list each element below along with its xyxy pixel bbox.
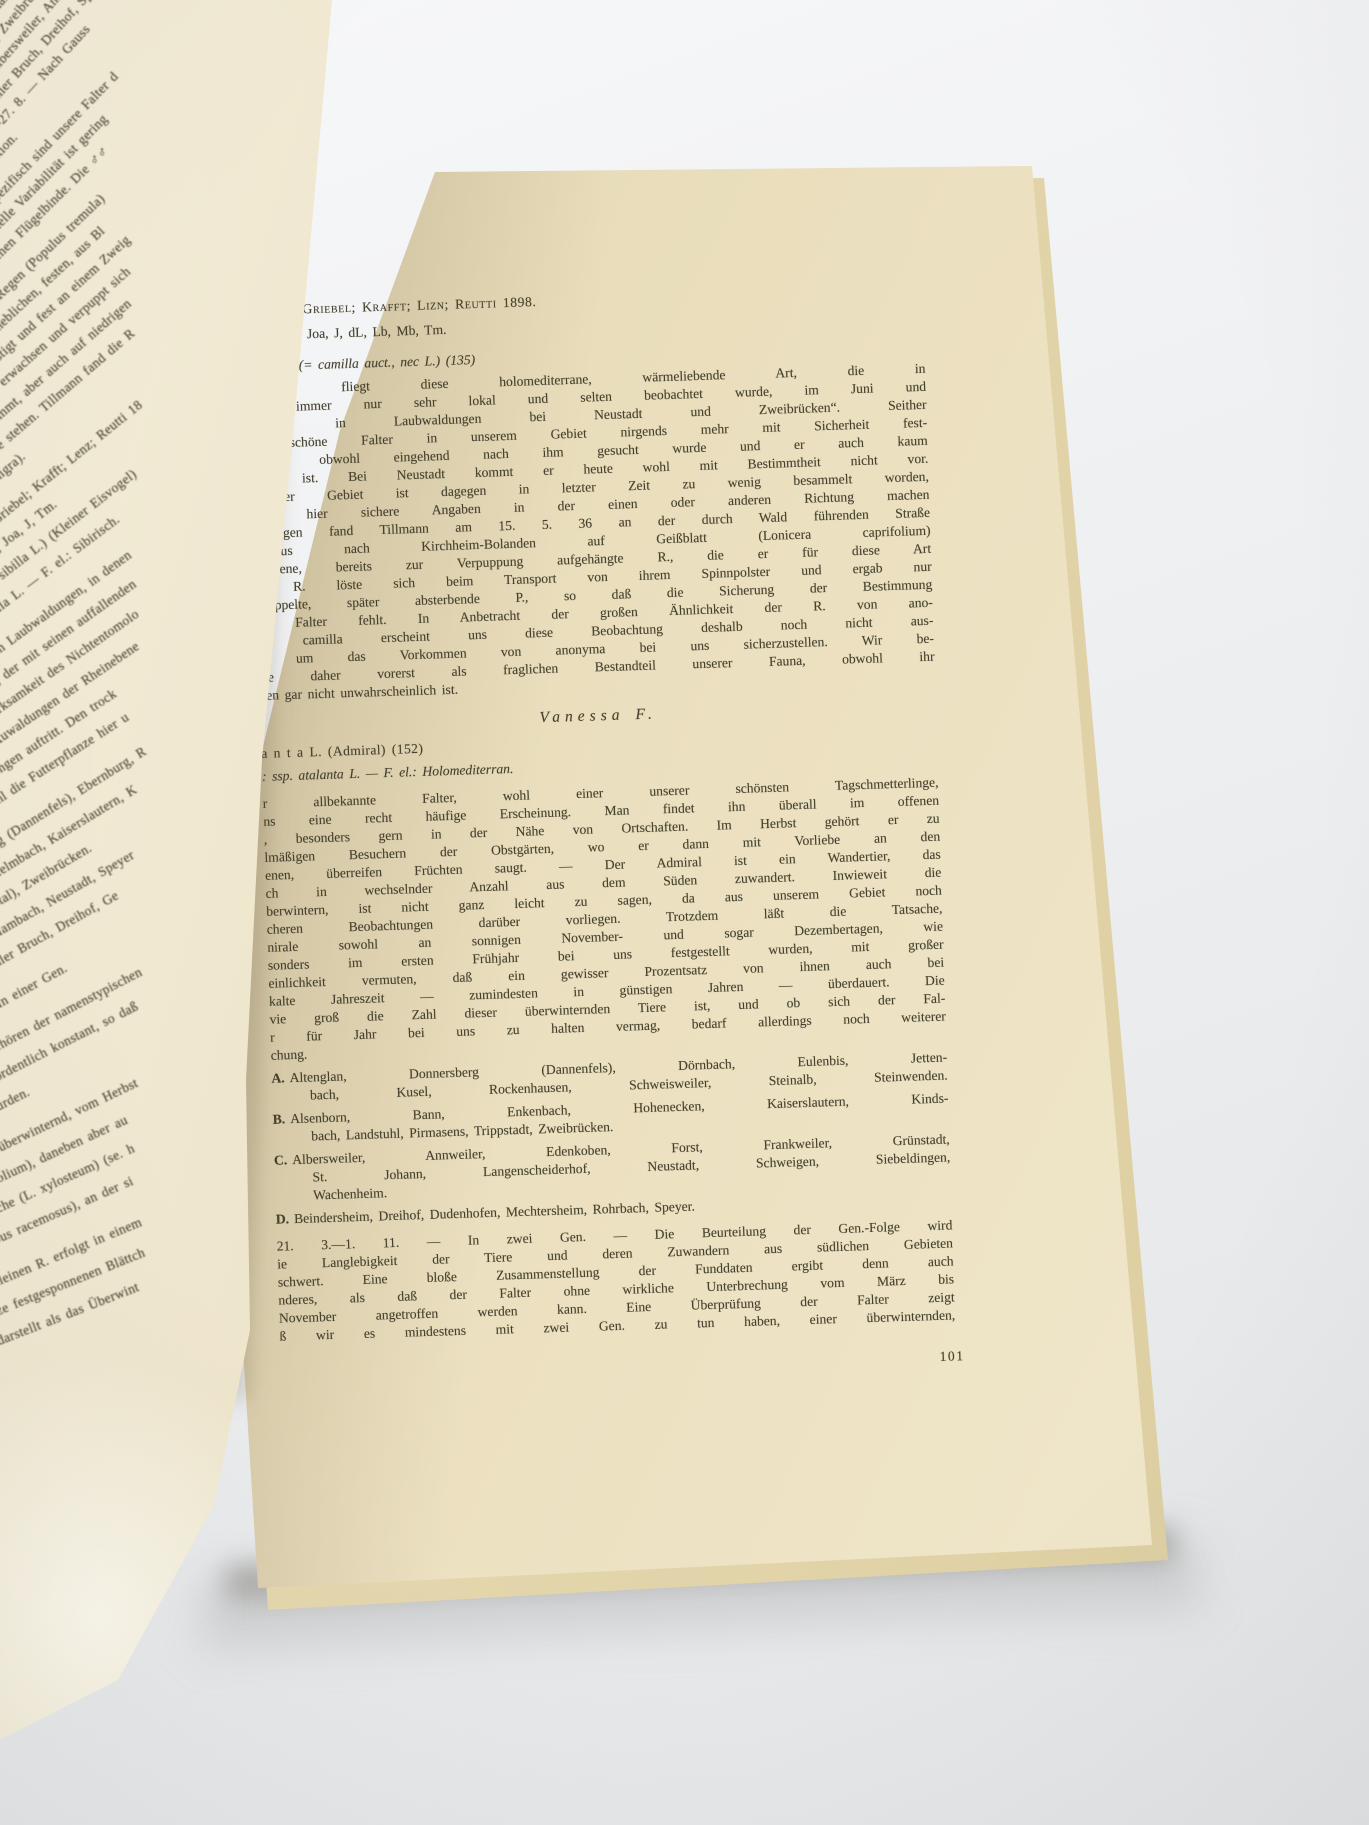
paragraph-generations: 21. 3.—1. 11. — In zwei Gen. — Die Beurt… (276, 1216, 955, 1345)
paragraph-admiral: r allbekannte Falter, wohl einer unserer… (263, 774, 947, 1065)
list-label: D. (276, 1211, 295, 1227)
list-label: B. (272, 1111, 290, 1127)
list-label: C. (274, 1152, 293, 1168)
book-photo: ertram; Griebel; Krafft; Lizn; Reutti 18… (0, 0, 1369, 1825)
right-page-text-column: ertram; Griebel; Krafft; Lizn; Reutti 18… (247, 281, 957, 1387)
left-page-text-line: lde darstellt als das Überwint (0, 1279, 141, 1357)
left-page-text-line: t wurden. (0, 1084, 32, 1123)
list-label: A. (271, 1070, 290, 1086)
locality-lists: A.Altenglan, Donnersberg (Dannenfels), D… (271, 1049, 952, 1229)
paragraph-limenitis: Griebel fliegt diese holomediterrane, wä… (250, 360, 936, 705)
